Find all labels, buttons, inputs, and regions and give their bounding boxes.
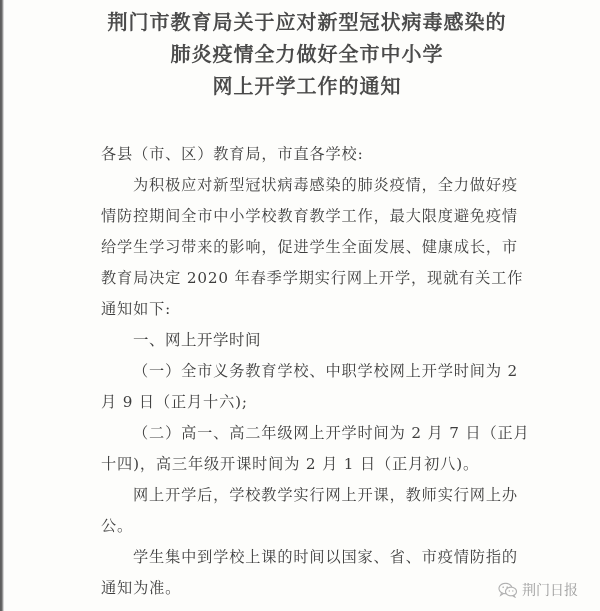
item-1-line-1: （一）全市义务教育学校、中职学校网上开学时间为 2 <box>133 363 518 379</box>
body-paragraph-3-line-2: 通知为准。 <box>101 580 181 596</box>
watermark-label: 荆门日报 <box>522 580 578 600</box>
item-2-line-1: （二）高一、高二年级网上开学时间为 2 月 7 日（正月 <box>133 425 530 441</box>
section-heading-1: 一、网上开学时间 <box>133 332 261 348</box>
item-2-line-2: 十四)，高三年级开课时间为 2 月 1 日（正月初八)。 <box>101 456 479 472</box>
item-1-line-2: 月 9 日（正月十六); <box>101 394 248 410</box>
document-title-line-3: 网上开学工作的通知 <box>0 76 600 96</box>
body-paragraph-1-line-1: 为积极应对新型冠状病毒感染的肺炎疫情，全力做好疫 <box>133 177 518 193</box>
watermark: 荆门日报 <box>498 580 578 600</box>
body-paragraph-1-line-4: 教育局决定 2020 年春季学期实行网上开学，现就有关工作 <box>101 270 523 286</box>
document-title-line-2: 肺炎疫情全力做好全市中小学 <box>0 44 600 64</box>
wechat-icon <box>498 582 518 598</box>
salutation: 各县（市、区）教育局，市直各学校: <box>101 146 364 162</box>
body-paragraph-1-line-3: 给学生学习带来的影响，促进学生全面发展、健康成长，市 <box>101 239 518 255</box>
body-paragraph-2-line-1: 网上开学后，学校教学实行网上开课，教师实行网上办 <box>133 487 518 503</box>
body-paragraph-3-line-1: 学生集中到学校上课的时间以国家、省、市疫情防指的 <box>133 549 518 565</box>
document-title-line-1: 荆门市教育局关于应对新型冠状病毒感染的 <box>0 12 600 32</box>
body-paragraph-1-line-5: 通知如下: <box>101 301 171 317</box>
body-paragraph-1-line-2: 情防控期间全市中小学校教育教学工作，最大限度避免疫情 <box>101 208 518 224</box>
body-paragraph-2-line-2: 公。 <box>101 518 133 534</box>
